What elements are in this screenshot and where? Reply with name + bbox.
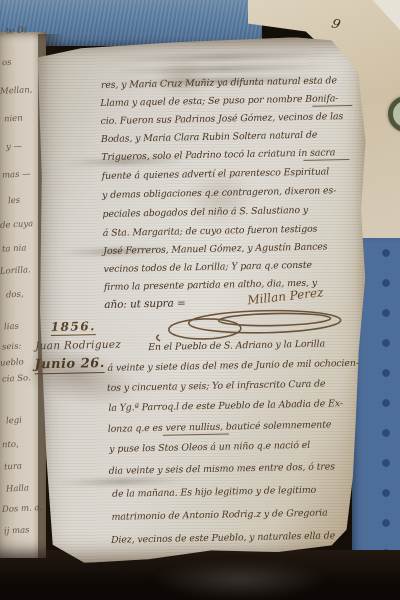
edge-fragment: de cuya: [0, 219, 34, 231]
bleed-through-line: [108, 63, 338, 75]
edge-fragment: ta nia: [2, 243, 27, 254]
edge-fragment: te Di: [6, 25, 27, 36]
bleed-through-line: [60, 247, 170, 256]
paper-stain: [154, 56, 210, 100]
edge-fragment: seis:: [2, 342, 22, 353]
edge-fragment: os: [2, 58, 12, 68]
edge-fragment: Dos m. a.: [2, 503, 43, 515]
edge-fragment: dos,: [6, 290, 24, 301]
edge-fragment: mas —: [2, 169, 31, 180]
edge-fragment: tura: [4, 462, 23, 473]
edge-fragment: ueblo: [0, 357, 24, 368]
manuscript-page: [34, 37, 372, 563]
manuscript-photo: te Di os Mellan, nien y — mas — les de c…: [0, 0, 400, 600]
edge-fragment: nien: [4, 114, 23, 125]
edge-fragment: les: [8, 196, 21, 207]
edge-fragment: y —: [6, 142, 23, 153]
bleed-through-line: [65, 157, 185, 166]
paper-stain: [185, 168, 255, 228]
edge-fragment: nto,: [2, 440, 19, 451]
edge-fragment: lias: [4, 322, 19, 333]
bleed-through-line: [57, 477, 187, 486]
edge-fragment: legi: [6, 416, 22, 427]
bleed-through-line: [114, 75, 324, 86]
edge-fragment: ij mas: [4, 525, 30, 536]
edge-fragment: Mellan,: [0, 85, 33, 97]
bleed-through-line: [104, 51, 344, 63]
edge-fragment: Halla: [6, 483, 29, 494]
edge-fragment: Lorilla.: [0, 265, 31, 277]
table-shadow: [150, 560, 330, 600]
